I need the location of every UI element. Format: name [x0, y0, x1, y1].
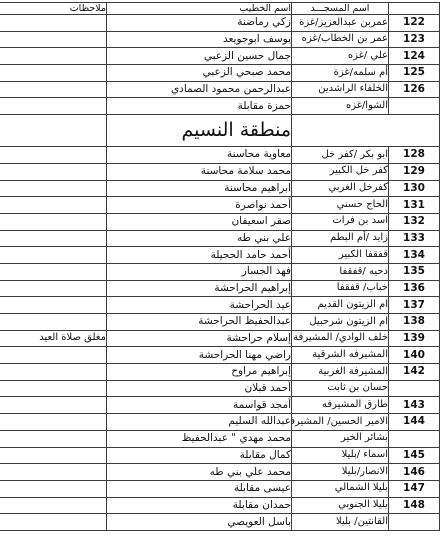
preacher-name-cell: فهد الجسار: [107, 263, 292, 280]
notes-cell: [0, 81, 107, 98]
preacher-name-cell: عبدالله السليم: [107, 414, 292, 431]
mosque-name-cell: كفر خل الكبير: [292, 163, 389, 180]
table-row: 126 الخلفاء الراشدين عبدالرحمن محمود الص…: [0, 81, 440, 98]
table-row: 137 ام الزيتون القديم عيد الحراحشة: [0, 297, 440, 314]
mosque-name-cell: حسان بن ثابت: [292, 380, 389, 397]
table-row: 130 كفرخل الغربي ابراهيم محاسنة: [0, 180, 440, 197]
table-row: 131 الحاج حسني أحمد نواصرة: [0, 197, 440, 214]
mosque-name-cell: الشوا/غزه: [292, 98, 389, 115]
notes-cell: [0, 297, 107, 314]
row-number-cell: 146: [389, 464, 440, 481]
table-row: 143 طارق المشيرفه أمجد قواسمة: [0, 397, 440, 414]
notes-cell: [0, 447, 107, 464]
table-row: القانتين/ بليلا باسل العويصي: [0, 514, 440, 531]
row-number-cell: [389, 98, 440, 115]
table-row: 125 أم سلمه/غزة محمد صبحي الزعبي: [0, 65, 440, 82]
notes-cell: [0, 480, 107, 497]
notes-cell: [0, 380, 107, 397]
notes-cell: مغلق صلاة العيد: [0, 330, 107, 347]
mosque-name-cell: علي /غزه: [292, 48, 389, 65]
mosque-name-cell: طارق المشيرفه: [292, 397, 389, 414]
preacher-name-cell: علي بني طه: [107, 230, 292, 247]
row-number-cell: 144: [389, 414, 440, 431]
table-row: 129 كفر خل الكبير محمد سلامة محاسنة: [0, 163, 440, 180]
preacher-name-cell: محمد صبحي الزعبي: [107, 65, 292, 82]
row-number-cell: 124: [389, 48, 440, 65]
preacher-name-cell: محمد علي بني طه: [107, 464, 292, 481]
preacher-name-cell: صقر اسعيفان: [107, 213, 292, 230]
row-number-cell: [389, 514, 440, 531]
mosque-name-cell: عمربن عبدالعزيز/غزة: [292, 15, 389, 32]
table-row: 123 عمر بن الخطاب/غزه يوسف ابوجويعد: [0, 31, 440, 48]
preacher-name-cell: ابراهيم محاسنة: [107, 180, 292, 197]
preacher-name-cell: محمد سلامة محاسنة: [107, 163, 292, 180]
table-row: 140 المشيرفه الشرقية راضي مهنا الحراحشة: [0, 347, 440, 364]
notes-cell: [0, 31, 107, 48]
preacher-name-cell: يوسف ابوجويعد: [107, 31, 292, 48]
preacher-name-cell: عبدالرحمن محمود الصمادي: [107, 81, 292, 98]
mosque-name-cell: اسماء /بليلا: [292, 447, 389, 464]
row-number-cell: 125: [389, 65, 440, 82]
preacher-name-cell: باسل العويصي: [107, 514, 292, 531]
mosque-name-cell: زايد /أم البطم: [292, 230, 389, 247]
preacher-name-cell: أحمد نواصرة: [107, 197, 292, 214]
mosque-name-cell: عمر بن الخطاب/غزه: [292, 31, 389, 48]
mosque-name-cell: دحيه /قفقفا: [292, 263, 389, 280]
mosque-name-cell: الامير الحسين/ المشيرفه: [292, 414, 389, 431]
mosque-name-cell: بليلا الشمالي: [292, 480, 389, 497]
table-row: 132 اسد بن فرات صقر اسعيفان: [0, 213, 440, 230]
preacher-name-cell: عيسى مقابلة: [107, 480, 292, 497]
table-row: 134 قفقفا الكبير أحمد حامد الحجيلة: [0, 247, 440, 264]
notes-cell: [0, 464, 107, 481]
header-notes: ملاحظات: [0, 3, 107, 15]
mosque-name-cell: بشائر الخير: [292, 430, 389, 447]
row-number-cell: 139: [389, 330, 440, 347]
document-page: اسم المسجـــد اسم الخطيب ملاحظات 122 عمر…: [0, 0, 445, 536]
notes-cell: [0, 48, 107, 65]
table-row: 142 المشيرفة الغربية إبراهيم مراوح: [0, 364, 440, 381]
row-number-cell: 140: [389, 347, 440, 364]
mosque-name-cell: المشيرفة الغربية: [292, 364, 389, 381]
row-number-cell: 148: [389, 497, 440, 514]
notes-cell: [0, 213, 107, 230]
mosque-name-cell: الخلفاء الراشدين: [292, 81, 389, 98]
row-number-cell: 128: [389, 147, 440, 164]
row-number-cell: 131: [389, 197, 440, 214]
table-row: 139 خلف الوادي/ المشيرفة إسلام حراحشة مغ…: [0, 330, 440, 347]
table-row: 128 ابو بكر /كفر خل معاوية محاسنة: [0, 147, 440, 164]
mosque-name-cell: ام الزيتون القديم: [292, 297, 389, 314]
row-number-cell: [389, 430, 440, 447]
mosque-name-cell: قفقفا الكبير: [292, 247, 389, 264]
notes-cell: [0, 180, 107, 197]
preacher-name-cell: إبراهيم الحراحشة: [107, 280, 292, 297]
notes-cell: [0, 263, 107, 280]
section-notes-cell: [0, 115, 107, 147]
notes-cell: [0, 197, 107, 214]
preacher-name-cell: إبراهيم مراوح: [107, 364, 292, 381]
mosque-name-cell: القانتين/ بليلا: [292, 514, 389, 531]
preacher-name-cell: كمال مقابلة: [107, 447, 292, 464]
row-number-cell: 135: [389, 263, 440, 280]
row-number-cell: 142: [389, 364, 440, 381]
preacher-name-cell: محمد مهدي " عبدالحفيظ: [107, 430, 292, 447]
notes-cell: [0, 430, 107, 447]
mosque-roster-table: اسم المسجـــد اسم الخطيب ملاحظات 122 عمر…: [0, 2, 440, 531]
preacher-name-cell: إسلام حراحشة: [107, 330, 292, 347]
row-number-cell: 132: [389, 213, 440, 230]
mosque-name-cell: ام الزيتون شرحبيل: [292, 314, 389, 331]
row-number-cell: 143: [389, 397, 440, 414]
table-row: 138 ام الزيتون شرحبيل عبدالحفيظ الحراحشة: [0, 314, 440, 331]
row-number-cell: 130: [389, 180, 440, 197]
mosque-name-cell: الانصار/بليلا: [292, 464, 389, 481]
notes-cell: [0, 147, 107, 164]
notes-cell: [0, 347, 107, 364]
mosque-name-cell: ابو بكر /كفر خل: [292, 147, 389, 164]
row-number-cell: 137: [389, 297, 440, 314]
table-row: 148 بليلا الجنوبي حمدان مقابلة: [0, 497, 440, 514]
preacher-name-cell: حمزة مقابلة: [107, 98, 292, 115]
header-preacher-name: اسم الخطيب: [107, 3, 292, 15]
mosque-name-cell: أم سلمه/غزة: [292, 65, 389, 82]
preacher-name-cell: زكي رماضنة: [107, 15, 292, 32]
row-number-cell: 145: [389, 447, 440, 464]
notes-cell: [0, 280, 107, 297]
notes-cell: [0, 247, 107, 264]
mosque-name-cell: كفرخل الغربي: [292, 180, 389, 197]
notes-cell: [0, 397, 107, 414]
preacher-name-cell: معاوية محاسنة: [107, 147, 292, 164]
preacher-name-cell: أمجد قواسمة: [107, 397, 292, 414]
row-number-cell: 129: [389, 163, 440, 180]
notes-cell: [0, 163, 107, 180]
notes-cell: [0, 514, 107, 531]
table-row: 146 الانصار/بليلا محمد علي بني طه: [0, 464, 440, 481]
section-title: منطقة النسيم: [107, 115, 292, 147]
preacher-name-cell: عبدالحفيظ الحراحشة: [107, 314, 292, 331]
table-row: 145 اسماء /بليلا كمال مقابلة: [0, 447, 440, 464]
table-row: 124 علي /غزه جمال حسين الزعبي: [0, 48, 440, 65]
preacher-name-cell: أحمد حامد الحجيلة: [107, 247, 292, 264]
row-number-cell: 136: [389, 280, 440, 297]
table-row: 122 عمربن عبدالعزيز/غزة زكي رماضنة: [0, 15, 440, 32]
preacher-name-cell: عيد الحراحشة: [107, 297, 292, 314]
preacher-name-cell: أحمد قبلان: [107, 380, 292, 397]
notes-cell: [0, 314, 107, 331]
mosque-name-cell: خباب/ قفقفا: [292, 280, 389, 297]
preacher-name-cell: راضي مهنا الحراحشة: [107, 347, 292, 364]
preacher-name-cell: جمال حسين الزعبي: [107, 48, 292, 65]
header-number: [389, 3, 440, 15]
section-empty-cell: [292, 115, 440, 147]
mosque-name-cell: خلف الوادي/ المشيرفة: [292, 330, 389, 347]
row-number-cell: 138: [389, 314, 440, 331]
mosque-name-cell: بليلا الجنوبي: [292, 497, 389, 514]
mosque-name-cell: المشيرفه الشرقية: [292, 347, 389, 364]
table-row: حسان بن ثابت أحمد قبلان: [0, 380, 440, 397]
row-number-cell: 123: [389, 31, 440, 48]
table-row: 135 دحيه /قفقفا فهد الجسار: [0, 263, 440, 280]
notes-cell: [0, 15, 107, 32]
table-row: 147 بليلا الشمالي عيسى مقابلة: [0, 480, 440, 497]
table-row: 144 الامير الحسين/ المشيرفه عبدالله السل…: [0, 414, 440, 431]
table-row: بشائر الخير محمد مهدي " عبدالحفيظ: [0, 430, 440, 447]
table-header-row: اسم المسجـــد اسم الخطيب ملاحظات: [0, 3, 440, 15]
row-number-cell: 134: [389, 247, 440, 264]
notes-cell: [0, 230, 107, 247]
notes-cell: [0, 98, 107, 115]
notes-cell: [0, 65, 107, 82]
notes-cell: [0, 414, 107, 431]
row-number-cell: 122: [389, 15, 440, 32]
mosque-name-cell: الحاج حسني: [292, 197, 389, 214]
row-number-cell: 133: [389, 230, 440, 247]
table-row: الشوا/غزه حمزة مقابلة: [0, 98, 440, 115]
header-mosque-name: اسم المسجـــد: [292, 3, 389, 15]
row-number-cell: [389, 380, 440, 397]
section-header-row: منطقة النسيم: [0, 115, 440, 147]
table-row: 136 خباب/ قفقفا إبراهيم الحراحشة: [0, 280, 440, 297]
preacher-name-cell: حمدان مقابلة: [107, 497, 292, 514]
row-number-cell: 126: [389, 81, 440, 98]
table-row: 133 زايد /أم البطم علي بني طه: [0, 230, 440, 247]
notes-cell: [0, 364, 107, 381]
row-number-cell: 147: [389, 480, 440, 497]
mosque-name-cell: اسد بن فرات: [292, 213, 389, 230]
notes-cell: [0, 497, 107, 514]
